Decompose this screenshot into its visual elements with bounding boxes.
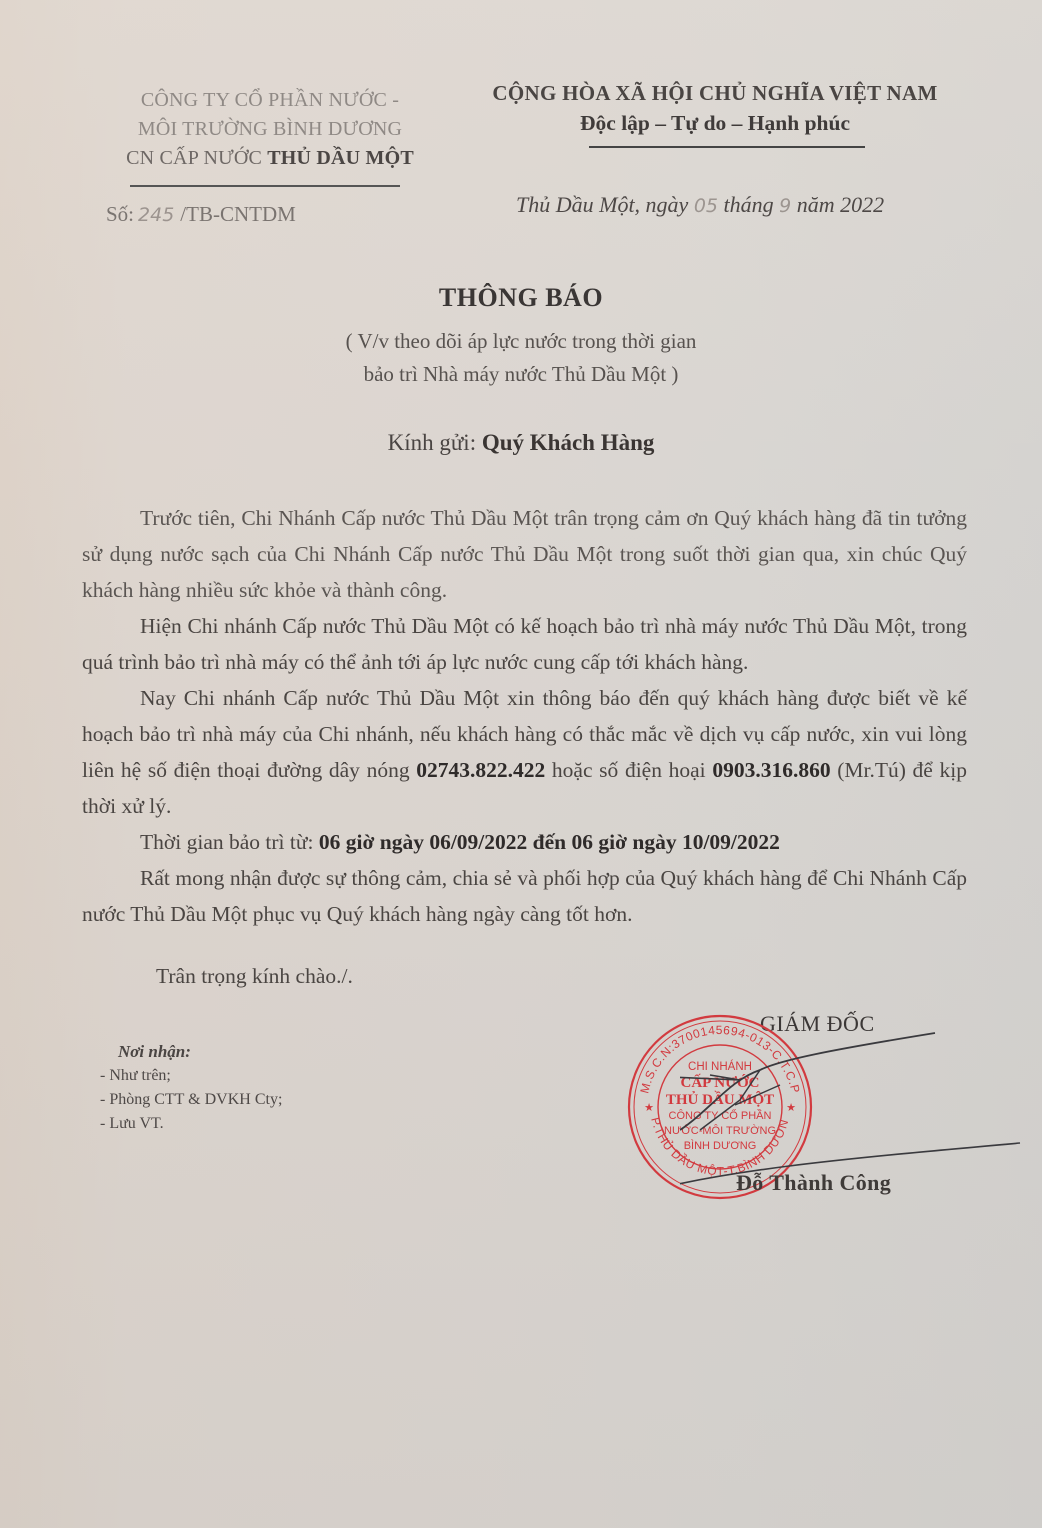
paragraph-maintenance-plan: Hiện Chi nhánh Cấp nước Thủ Dầu Một có k…: [82, 608, 967, 680]
motto-underline: [589, 146, 865, 148]
paragraph-thanks: Trước tiên, Chi Nhánh Cấp nước Thủ Dầu M…: [82, 500, 967, 608]
recipients-heading: Nơi nhận:: [118, 1040, 282, 1064]
document-title: THÔNG BÁO: [0, 283, 1042, 313]
issuing-organization: CÔNG TY CỔ PHẦN NƯỚC - MÔI TRƯỜNG BÌNH D…: [80, 86, 460, 173]
salutation: Kính gửi: Quý Khách Hàng: [0, 430, 1042, 456]
salutation-recipient: Quý Khách Hàng: [482, 430, 655, 455]
org-line-3: CN CẤP NƯỚC THỦ DẦU MỘT: [80, 144, 460, 173]
maintenance-time-label: Thời gian bảo trì từ:: [140, 830, 319, 854]
place-label: Thủ Dầu Một, ngày: [516, 192, 694, 217]
subject-line-1: ( V/v theo dõi áp lực nước trong thời gi…: [0, 325, 1042, 358]
subject-line-2: bảo trì Nhà máy nước Thủ Dầu Một ): [0, 358, 1042, 391]
maintenance-period: 06 giờ ngày 06/09/2022 đến 06 giờ ngày 1…: [319, 830, 780, 854]
document-subject: ( V/v theo dõi áp lực nước trong thời gi…: [0, 325, 1042, 391]
national-heading: CỘNG HÒA XÃ HỘI CHỦ NGHĨA VIỆT NAM Độc l…: [450, 78, 980, 138]
document-number: Số:245/TB-CNTDM: [106, 202, 296, 227]
place-and-date: Thủ Dầu Một, ngày 05 tháng 9 năm 2022: [516, 192, 884, 218]
handwritten-day: 05: [694, 195, 718, 217]
document-body: Trước tiên, Chi Nhánh Cấp nước Thủ Dầu M…: [82, 500, 967, 932]
month-label: tháng: [718, 192, 779, 217]
handwritten-month: 9: [779, 195, 791, 217]
org-branch-prefix: CN CẤP NƯỚC: [126, 147, 267, 169]
signer-name: Đỗ Thành Công: [736, 1170, 891, 1196]
paragraph-contact: Nay Chi nhánh Cấp nước Thủ Dầu Một xin t…: [82, 680, 967, 824]
national-motto: Độc lập – Tự do – Hạnh phúc: [450, 108, 980, 138]
recipient-item: - Lưu VT.: [100, 1112, 282, 1136]
paragraph-appreciation: Rất mong nhận được sự thông cảm, chia sẻ…: [82, 860, 967, 932]
hotline-number: 02743.822.422: [416, 758, 545, 782]
number-prefix: Số:: [106, 202, 134, 226]
org-line-2: MÔI TRƯỜNG BÌNH DƯƠNG: [80, 115, 460, 144]
paragraph-maintenance-time: Thời gian bảo trì từ: 06 giờ ngày 06/09/…: [82, 824, 967, 860]
year-label: năm 2022: [791, 192, 884, 217]
org-line-1: CÔNG TY CỔ PHẦN NƯỚC -: [80, 86, 460, 115]
number-suffix: /TB-CNTDM: [180, 202, 296, 226]
nation-title: CỘNG HÒA XÃ HỘI CHỦ NGHĨA VIỆT NAM: [450, 78, 980, 108]
closing-line: Trân trọng kính chào./.: [156, 964, 353, 989]
org-underline: [130, 185, 400, 187]
recipient-item: - Như trên;: [100, 1064, 282, 1088]
recipient-item: - Phòng CTT & DVKH Cty;: [100, 1088, 282, 1112]
salutation-prefix: Kính gửi:: [388, 430, 482, 455]
mobile-number: 0903.316.860: [712, 758, 830, 782]
handwritten-number: 245: [138, 204, 174, 226]
org-branch-name: THỦ DẦU MỘT: [267, 147, 414, 169]
recipients-list: Nơi nhận: - Như trên; - Phòng CTT & DVKH…: [100, 1040, 282, 1136]
contact-text-b: hoặc số điện hoại: [545, 758, 712, 782]
